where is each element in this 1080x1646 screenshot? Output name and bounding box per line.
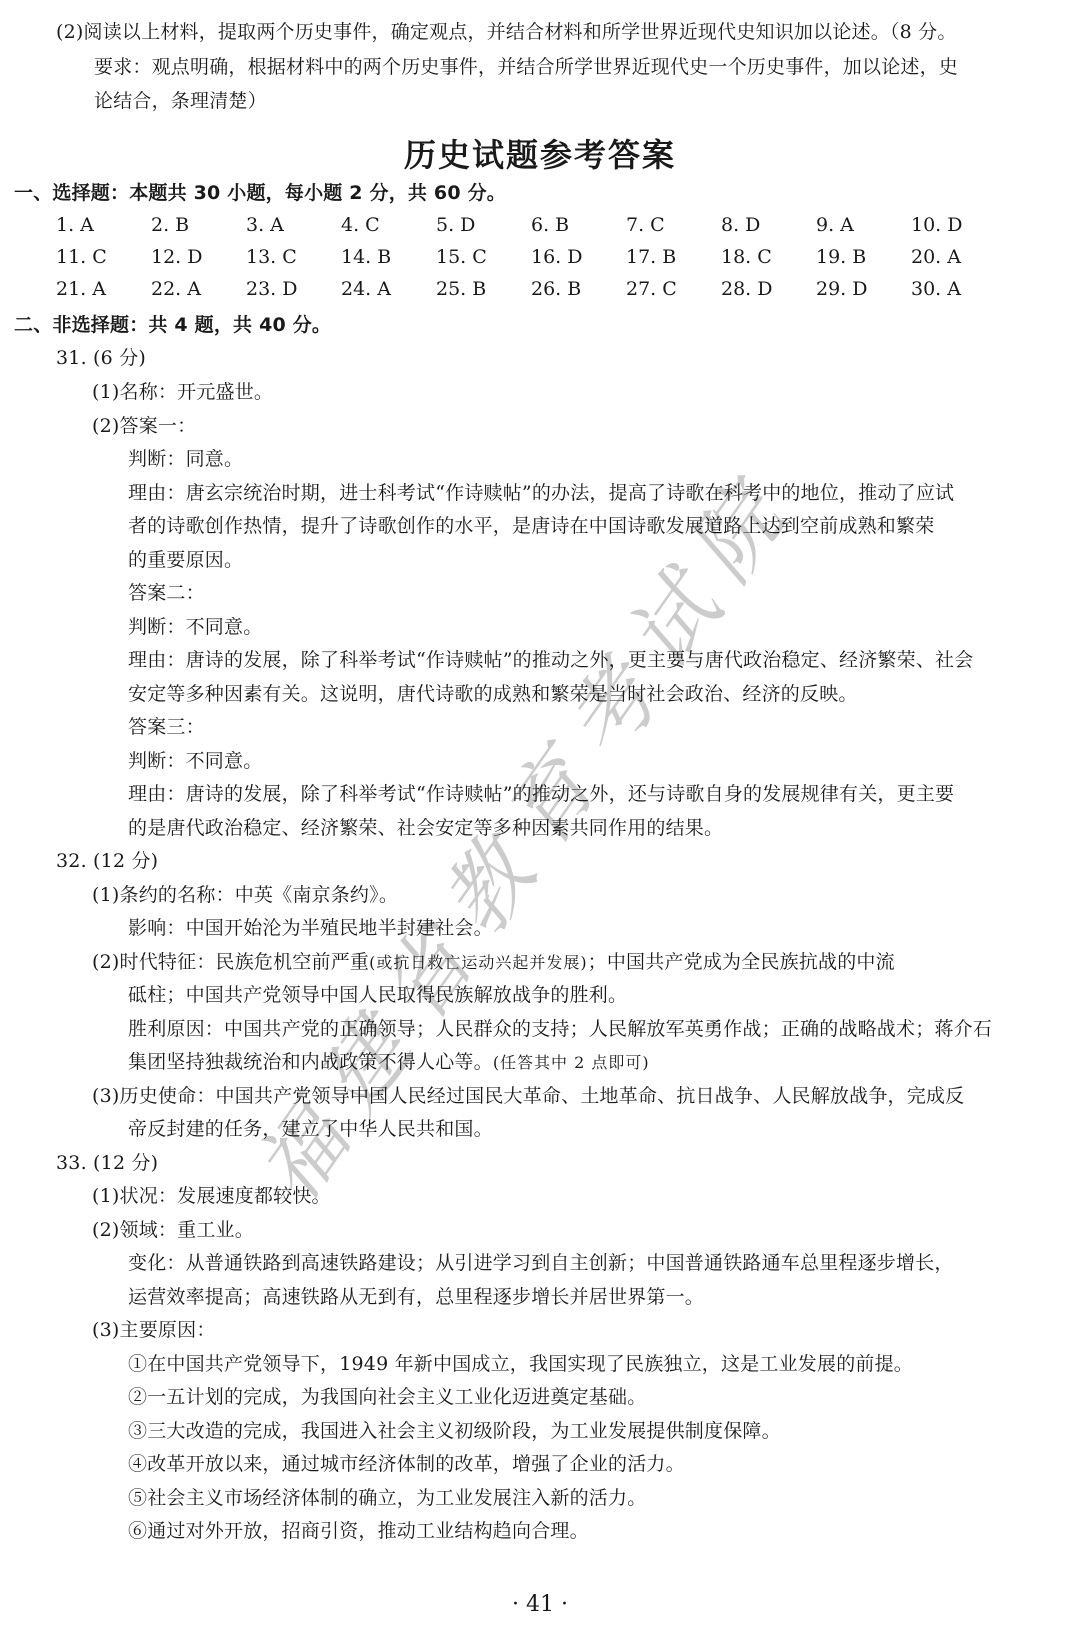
q32-part3-cont: 帝反封建的任务，建立了中华人民共和国。 — [128, 1117, 493, 1141]
answer-item: 20. A — [911, 245, 1006, 269]
answer-item: 16. D — [531, 245, 626, 269]
q33-change: 变化：从普通铁路到高速铁路建设；从引进学习到自主创新；中国普通铁路通车总里程逐步… — [128, 1251, 954, 1275]
q32-label: 32. (12 分) — [56, 849, 158, 873]
answer-item: 13. C — [246, 245, 341, 269]
q31-a3-reason: 的是唐代政治稳定、经济繁荣、社会安定等多种因素共同作用的结果。 — [128, 816, 723, 840]
q31-a2-reason: 理由：唐诗的发展，除了科举考试“作诗赎帖”的推动之外，更主要与唐代政治稳定、经济… — [128, 648, 973, 672]
answer-item: 25. B — [436, 277, 531, 301]
q32-reason: 集团坚持独裁统治和内战政策不得人心等。(任答其中 2 点即可) — [128, 1050, 650, 1075]
section-heading-choice: 一、选择题：本题共 30 小题，每小题 2 分，共 60 分。 — [14, 181, 506, 205]
q33-reason-item: ①在中国共产党领导下，1949 年新中国成立，我国实现了民族独立，这是工业发展的… — [128, 1352, 913, 1376]
answer-item: 10. D — [911, 213, 1006, 237]
q31-a3-label: 答案三： — [128, 715, 205, 739]
q33-reason-item: ②一五计划的完成，为我国向社会主义工业化迈进奠定基础。 — [128, 1385, 646, 1409]
answer-item: 29. D — [816, 277, 911, 301]
answer-item: 27. C — [626, 277, 721, 301]
section-heading-nonchoice: 二、非选择题：共 4 题，共 40 分。 — [14, 313, 331, 337]
document-page: 福建省教育考试院 (2)阅读以上材料，提取两个历史事件，确定观点，并结合材料和所… — [0, 0, 1080, 1646]
q33-part1: (1)状况：发展速度都较快。 — [92, 1184, 331, 1208]
answer-item: 23. D — [246, 277, 341, 301]
q32-part2-note: (或抗日救亡运动兴起并发展) — [369, 953, 588, 972]
answer-item: 28. D — [721, 277, 816, 301]
q31-a2-label: 答案二： — [128, 581, 205, 605]
q32-reason-note: (任答其中 2 点即可) — [493, 1053, 650, 1072]
answer-item: 7. C — [626, 213, 721, 237]
q31-label: 31. (6 分) — [56, 346, 146, 370]
q32-part2-cont: 砥柱；中国共产党领导中国人民取得民族解放战争的胜利。 — [128, 983, 627, 1007]
answer-item: 30. A — [911, 277, 1006, 301]
q32-part1-effect: 影响：中国开始沦为半殖民地半封建社会。 — [128, 916, 493, 940]
q32-part3: (3)历史使命：中国共产党领导中国人民经过国民大革命、土地革命、抗日战争、人民解… — [92, 1084, 964, 1108]
q33-part2: (2)领域：重工业。 — [92, 1218, 254, 1242]
answer-item: 4. C — [341, 213, 436, 237]
q32-part2: (2)时代特征：民族危机空前严重(或抗日救亡运动兴起并发展)；中国共产党成为全民… — [92, 950, 895, 975]
q32-reason: 胜利原因：中国共产党的正确领导；人民群众的支持；人民解放军英勇作战；正确的战略战… — [128, 1017, 992, 1041]
answer-item: 15. C — [436, 245, 531, 269]
q32-reason-text: 集团坚持独裁统治和内战政策不得人心等。 — [128, 1051, 493, 1073]
q33-reason-item: ⑥通过对外开放，招商引资，推动工业结构趋向合理。 — [128, 1519, 589, 1543]
answer-item: 24. A — [341, 277, 436, 301]
question-text: (2)阅读以上材料，提取两个历史事件，确定观点，并结合材料和所学世界近现代史知识… — [56, 20, 957, 44]
q31-part1: (1)名称：开元盛世。 — [92, 380, 273, 404]
answer-item: 9. A — [816, 213, 911, 237]
q33-reason-item: ③三大改造的完成，我国进入社会主义初级阶段，为工业发展提供制度保障。 — [128, 1419, 781, 1443]
q32-part1: (1)条约的名称：中英《南京条约》。 — [92, 883, 398, 907]
answer-item: 14. B — [341, 245, 436, 269]
q31-a3-judge: 判断：不同意。 — [128, 749, 262, 773]
q33-reason-item: ⑤社会主义市场经济体制的确立，为工业发展注入新的活力。 — [128, 1486, 646, 1510]
q31-part2: (2)答案一： — [92, 414, 196, 438]
q31-a1-reason: 的重要原因。 — [128, 548, 243, 572]
q31-a1-reason: 理由：唐玄宗统治时期，进士科考试“作诗赎帖”的办法，提高了诗歌在科考中的地位，推… — [128, 481, 954, 505]
q32-part2-text: ；中国共产党成为全民族抗战的中流 — [588, 951, 895, 973]
q31-a2-judge: 判断：不同意。 — [128, 615, 262, 639]
answer-item: 19. B — [816, 245, 911, 269]
answer-item: 2. B — [151, 213, 246, 237]
answer-grid: 1. A 2. B 3. A 4. C 5. D 6. B 7. C 8. D … — [56, 213, 1006, 301]
question-text: 要求：观点明确，根据材料中的两个历史事件，并结合所学世界近现代史一个历史事件，加… — [94, 55, 958, 79]
q33-part3: (3)主要原因： — [92, 1318, 216, 1342]
answer-item: 12. D — [151, 245, 246, 269]
answer-item: 21. A — [56, 277, 151, 301]
answer-item: 22. A — [151, 277, 246, 301]
q33-label: 33. (12 分) — [56, 1151, 158, 1175]
q33-change: 运营效率提高；高速铁路从无到有，总里程逐步增长并居世界第一。 — [128, 1285, 704, 1309]
answer-item: 1. A — [56, 213, 151, 237]
answer-item: 17. B — [626, 245, 721, 269]
page-title: 历史试题参考答案 — [0, 130, 1080, 176]
answer-item: 5. D — [436, 213, 531, 237]
q33-reason-item: ④改革开放以来，通过城市经济体制的改革，增强了企业的活力。 — [128, 1452, 685, 1476]
q31-a1-judge: 判断：同意。 — [128, 447, 243, 471]
answer-item: 3. A — [246, 213, 341, 237]
q32-part2-text: (2)时代特征：民族危机空前严重 — [92, 951, 369, 973]
q31-a3-reason: 理由：唐诗的发展，除了科举考试“作诗赎帖”的推动之外，还与诗歌自身的发展规律有关… — [128, 782, 954, 806]
answer-item: 18. C — [721, 245, 816, 269]
answer-item: 11. C — [56, 245, 151, 269]
answer-item: 26. B — [531, 277, 626, 301]
question-text: 论结合，条理清楚） — [94, 89, 267, 113]
q31-a2-reason: 安定等多种因素有关。这说明，唐代诗歌的成熟和繁荣是当时社会政治、经济的反映。 — [128, 682, 858, 706]
q31-a1-reason: 者的诗歌创作热情，提升了诗歌创作的水平，是唐诗在中国诗歌发展道路上达到空前成熟和… — [128, 514, 934, 538]
answer-item: 8. D — [721, 213, 816, 237]
page-number: · 41 · — [0, 1592, 1080, 1617]
answer-item: 6. B — [531, 213, 626, 237]
